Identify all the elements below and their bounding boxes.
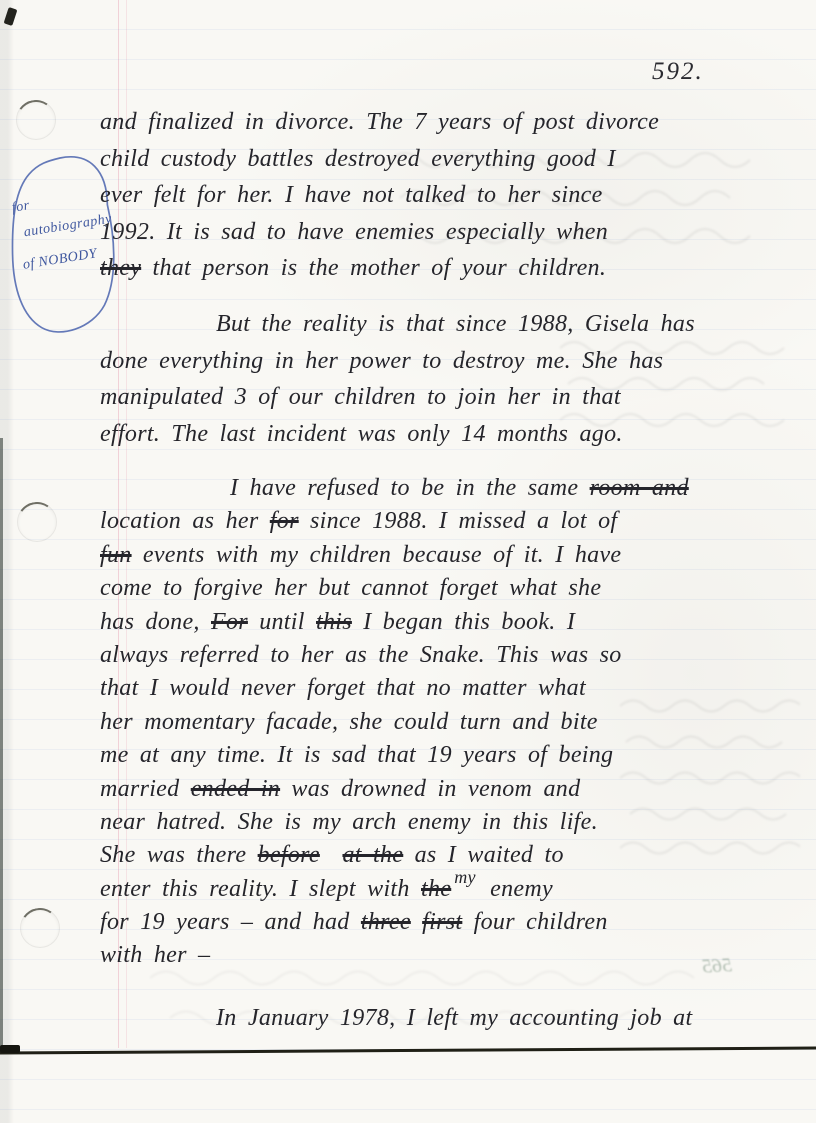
handwritten-text: and finalized in divorce. The 7 years of… [100, 109, 659, 135]
handwritten-text: near hatred. She is my arch enemy in thi… [100, 809, 598, 835]
handwritten-line: But the reality is that since 1988, Gise… [100, 306, 695, 343]
scan-corner-mark [4, 7, 18, 26]
handwritten-text: that I would never forget that no matter… [100, 675, 586, 701]
handwritten-line: In January 1978, I left my accounting jo… [100, 1000, 692, 1036]
handwritten-text: 1992. It is sad to have enemies especial… [100, 219, 608, 245]
handwritten-line: always referred to her as the Snake. Thi… [100, 639, 689, 672]
handwritten-line: married ended in was drowned in venom an… [100, 773, 689, 806]
handwritten-line: with her – [100, 939, 689, 972]
handwritten-text: married [100, 776, 191, 802]
handwritten-line: that I would never forget that no matter… [100, 672, 689, 705]
handwritten-text: ever felt for her. I have not talked to … [100, 182, 603, 208]
handwritten-text: that person is the mother of your childr… [141, 255, 606, 281]
handwritten-line: and finalized in divorce. The 7 years of… [100, 104, 659, 141]
handwritten-text: She was there [100, 842, 258, 868]
hole-punch-shadow [14, 499, 60, 545]
handwritten-line: effort. The last incident was only 14 mo… [100, 416, 695, 453]
handwritten-text: In January 1978, I left my accounting jo… [216, 1005, 692, 1031]
scanned-manuscript-page: 565 592. for autobiography of NOBODY and… [0, 0, 816, 1123]
handwritten-text: four children [462, 909, 607, 935]
struck-out-word: for [270, 508, 299, 534]
handwritten-paragraph: In January 1978, I left my accounting jo… [100, 1000, 692, 1036]
handwritten-paragraph: I have refused to be in the same room an… [100, 472, 689, 973]
handwritten-line: She was there before at the as I waited … [100, 839, 689, 872]
handwritten-text: I have refused to be in the same [230, 475, 590, 501]
inserted-word: my [454, 867, 476, 887]
handwritten-text [320, 842, 343, 868]
handwritten-text: until [248, 609, 316, 635]
struck-out-word: this [316, 609, 352, 635]
struck-out-word: the [421, 876, 451, 902]
handwritten-line: has done, For until this I began this bo… [100, 606, 689, 639]
handwritten-text: events with my children because of it. I… [132, 542, 622, 568]
scan-bottom-edge [0, 1046, 816, 1054]
handwritten-line: come to forgive her but cannot forget wh… [100, 572, 689, 605]
handwritten-text: But the reality is that since 1988, Gise… [216, 311, 695, 337]
handwritten-text: done everything in her power to destroy … [100, 348, 663, 374]
handwritten-line: her momentary facade, she could turn and… [100, 706, 689, 739]
handwritten-line: 1992. It is sad to have enemies especial… [100, 214, 659, 251]
scan-bottom-edge-mark [0, 1045, 20, 1053]
page-number: 592. [652, 58, 704, 86]
handwritten-line: manipulated 3 of our children to join he… [100, 379, 695, 416]
handwritten-text [411, 909, 422, 935]
handwritten-line: they that person is the mother of your c… [100, 250, 659, 287]
struck-out-word: fun [100, 542, 132, 568]
handwritten-line: me at any time. It is sad that 19 years … [100, 739, 689, 772]
struck-out-word: room and [590, 475, 689, 501]
handwritten-line: ever felt for her. I have not talked to … [100, 177, 659, 214]
handwritten-line: location as her for since 1988. I missed… [100, 505, 689, 538]
handwritten-text: come to forgive her but cannot forget wh… [100, 575, 601, 601]
handwritten-text: with her – [100, 942, 210, 968]
handwritten-line: I have refused to be in the same room an… [100, 472, 689, 505]
struck-out-word: ended in [191, 776, 280, 802]
struck-out-word: they [100, 255, 141, 281]
handwritten-text: has done, [100, 609, 211, 635]
handwritten-text: for 19 years – and had [100, 909, 361, 935]
handwritten-text: always referred to her as the Snake. Thi… [100, 642, 622, 668]
handwritten-text: effort. The last incident was only 14 mo… [100, 421, 623, 447]
handwritten-text: I began this book. I [352, 609, 575, 635]
bleed-through-page-number: 565 [701, 954, 732, 979]
handwritten-text: since 1988. I missed a lot of [299, 508, 618, 534]
handwritten-text: was drowned in venom and [280, 776, 580, 802]
handwritten-line: for 19 years – and had three first four … [100, 906, 689, 939]
handwritten-text: her momentary facade, she could turn and… [100, 709, 598, 735]
handwritten-paragraph: and finalized in divorce. The 7 years of… [100, 104, 659, 287]
hole-punch [17, 502, 57, 542]
struck-out-word: at the [342, 842, 403, 868]
handwritten-line: fun events with my children because of i… [100, 539, 689, 572]
handwritten-text: manipulated 3 of our children to join he… [100, 384, 621, 410]
scan-edge-strip [0, 438, 3, 1050]
struck-out-word: before [258, 842, 320, 868]
handwritten-paragraph: But the reality is that since 1988, Gise… [100, 306, 695, 452]
hole-punch [16, 100, 56, 140]
handwritten-text: me at any time. It is sad that 19 years … [100, 742, 613, 768]
struck-out-word: For [211, 609, 248, 635]
struck-out-word: first [422, 909, 462, 935]
hole-punch-shadow [17, 905, 63, 951]
handwritten-line: done everything in her power to destroy … [100, 343, 695, 380]
handwritten-text: enter this reality. I slept with [100, 876, 421, 902]
handwritten-line: near hatred. She is my arch enemy in thi… [100, 806, 689, 839]
handwritten-text: as I waited to [403, 842, 564, 868]
hole-punch-shadow [13, 97, 59, 143]
handwritten-text: location as her [100, 508, 270, 534]
handwritten-line: enter this reality. I slept with themy e… [100, 873, 689, 906]
handwritten-line: child custody battles destroyed everythi… [100, 141, 659, 178]
handwritten-text: child custody battles destroyed everythi… [100, 146, 616, 172]
handwritten-text: enemy [479, 876, 553, 902]
struck-out-word: three [361, 909, 411, 935]
hole-punch [20, 908, 60, 948]
